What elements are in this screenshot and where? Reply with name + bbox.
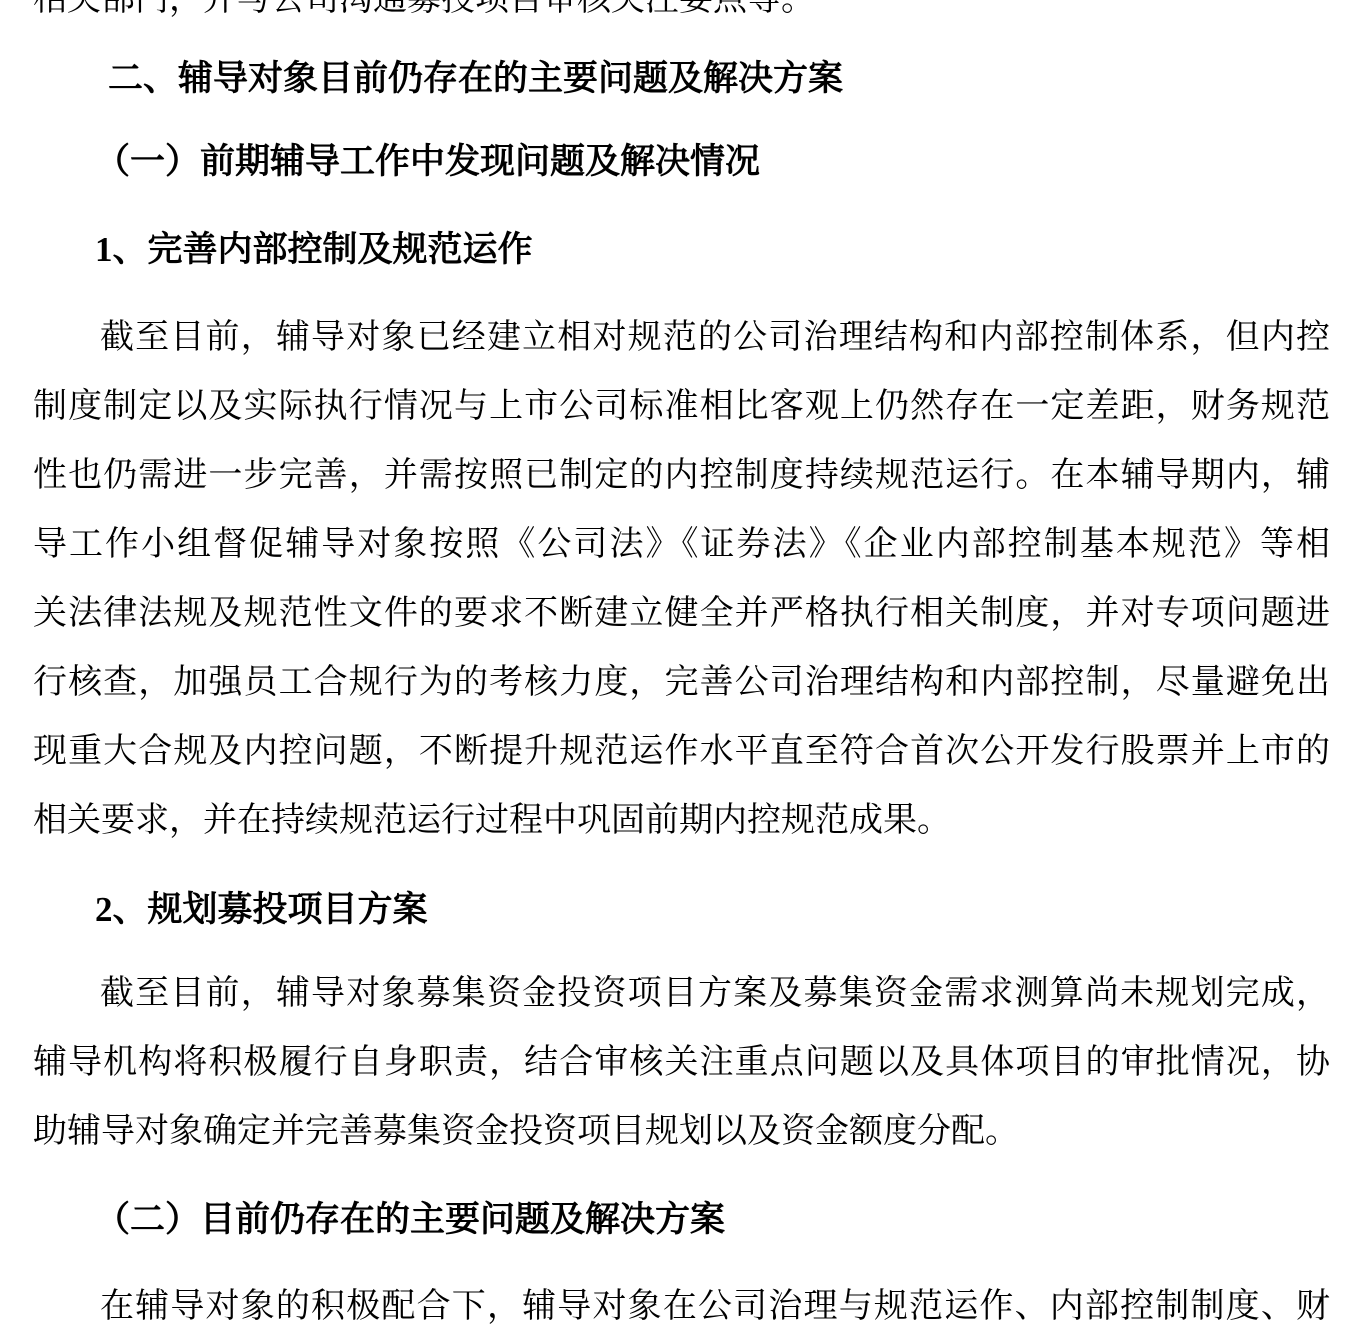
numbered-heading-2: 2、规划募投项目方案: [95, 890, 428, 930]
paragraph-1-line-8: 相关要求，并在持续规范运行过程中巩固前期内控规范成果。: [33, 801, 1330, 841]
subsection-heading-1: （一）前期辅导工作中发现问题及解决情况: [95, 142, 760, 182]
paragraph-1-line-2: 制度制定以及实际执行情况与上市公司标准相比客观上仍然存在一定差距，财务规范: [33, 387, 1330, 427]
numbered-heading-1: 1、完善内部控制及规范运作: [95, 230, 533, 270]
paragraph-1-line-6: 行核查，加强员工合规行为的考核力度，完善公司治理结构和内部控制，尽量避免出: [33, 663, 1330, 703]
paragraph-1-line-7: 现重大合规及内控问题，不断提升规范运作水平直至符合首次公开发行股票并上市的: [33, 732, 1330, 772]
paragraph-1-line-3: 性也仍需进一步完善，并需按照已制定的内控制度持续规范运行。在本辅导期内，辅: [33, 456, 1330, 496]
paragraph-1-line-5: 关法律法规及规范性文件的要求不断建立健全并严格执行相关制度，并对专项问题进: [33, 594, 1330, 634]
section-heading-2: 二、辅导对象目前仍存在的主要问题及解决方案: [108, 59, 843, 99]
paragraph-2-line-3: 助辅导对象确定并完善募集资金投资项目规划以及资金额度分配。: [33, 1112, 1330, 1152]
paragraph-1-line-1: 截至目前，辅导对象已经建立相对规范的公司治理结构和内部控制体系，但内控: [33, 318, 1330, 358]
paragraph-2-line-1: 截至目前，辅导对象募集资金投资项目方案及募集资金需求测算尚未规划完成，: [33, 974, 1330, 1014]
clipped-top-line: 相关部门，并与公司沟通募投项目审核关注要点等。: [0, 0, 1364, 18]
subsection-heading-2: （二）目前仍存在的主要问题及解决方案: [95, 1200, 725, 1240]
paragraph-3-line-1: 在辅导对象的积极配合下，辅导对象在公司治理与规范运作、内部控制制度、财: [33, 1287, 1330, 1327]
clipped-top-line-text: 相关部门，并与公司沟通募投项目审核关注要点等。: [33, 0, 815, 17]
document-page: 相关部门，并与公司沟通募投项目审核关注要点等。 二、辅导对象目前仍存在的主要问题…: [0, 0, 1364, 1340]
paragraph-2-line-2: 辅导机构将积极履行自身职责，结合审核关注重点问题以及具体项目的审批情况，协: [33, 1043, 1330, 1083]
paragraph-1-line-4: 导工作小组督促辅导对象按照《公司法》《证券法》《企业内部控制基本规范》等相: [33, 525, 1330, 565]
